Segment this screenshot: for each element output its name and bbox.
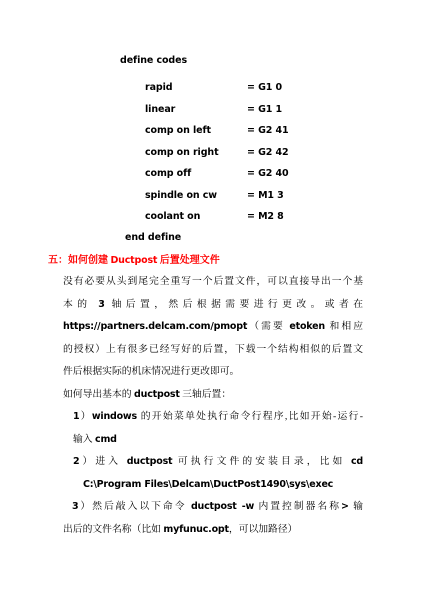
cjk-text: 本的 — [63, 299, 98, 310]
code-row: rapid= G1 0 — [145, 77, 289, 99]
code-row: comp on left= G2 41 — [145, 120, 289, 142]
code-value: = G1 0 — [247, 77, 282, 99]
cjk-text: （需要 — [247, 321, 289, 332]
cjk-text: ，可以加路径） — [229, 524, 298, 535]
bold-latin-text: etoken — [289, 321, 325, 332]
bold-latin-text: C:\Program Files\Delcam\DuctPost1490\sys… — [83, 479, 333, 490]
code-row: coolant on= M2 8 — [145, 206, 289, 228]
cjk-text: 件后根据实际的机床情况进行更改即可。 — [63, 366, 239, 377]
cjk-text: 如何导出基本的 — [63, 389, 134, 400]
list-item-2-line-2: C:\Program Files\Delcam\DuctPost1490\sys… — [63, 474, 363, 497]
list-item-3-line-2: 出后的文件名称（比如 myfunuc.opt，可以加路径） — [63, 519, 363, 542]
cjk-text: ） — [79, 411, 91, 422]
document-page: define codes rapid= G1 0linear= G1 1comp… — [0, 0, 424, 600]
code-label: coolant on — [145, 206, 247, 228]
cjk-text: 后置处理文件 — [157, 255, 220, 266]
paragraph-line-4: 的授权）上有很多已经写好的后置，下载一个结构相似的后置文 — [63, 339, 363, 362]
body-lines: 没有必要从头到尾完全重写一个后置文件，可以直接导出一个基本的 3 轴后置，然后根… — [63, 271, 363, 541]
export-intro-line: 如何导出基本的 ductpost 三轴后置： — [63, 384, 363, 407]
list-item-3-line-1: 3）然后敲入以下命令 ductpost -w 内置控制器名称> 输 — [63, 496, 363, 519]
code-value: = M2 8 — [247, 206, 284, 228]
code-row: spindle on cw= M1 3 — [145, 185, 289, 207]
cjk-text: ）进入 — [79, 456, 126, 467]
cjk-text: 五：如何创建 — [48, 255, 111, 266]
paragraph-line-2: 本的 3 轴后置，然后根据需要进行更改。或者在 — [63, 294, 363, 317]
bold-latin-text: ductpost — [127, 456, 173, 467]
bold-latin-text: cmd — [95, 434, 117, 445]
bold-latin-text: windows — [92, 411, 137, 422]
code-label: rapid — [145, 77, 247, 99]
bold-latin-text: ductpost -w — [191, 501, 254, 512]
paragraph-line-5: 件后根据实际的机床情况进行更改即可。 — [63, 361, 363, 384]
code-label: linear — [145, 99, 247, 121]
bold-latin-text: https://partners.delcam.com/pmopt — [63, 321, 247, 332]
bold-latin-text: ductpost — [134, 389, 180, 400]
cjk-text: 输 — [349, 501, 363, 512]
code-row: linear= G1 1 — [145, 99, 289, 121]
cjk-text: 三轴后置： — [180, 389, 231, 400]
code-value: = G2 40 — [247, 163, 289, 185]
cjk-text: 内置控制器名称 — [254, 501, 341, 512]
code-value: = G2 42 — [247, 142, 289, 164]
cjk-text: 和相应 — [325, 321, 363, 332]
bold-latin-text: myfunuc.opt — [163, 524, 228, 535]
list-item-2-line-1: 2）进入 ductpost 可执行文件的安装目录，比如 cd — [63, 451, 363, 474]
code-value: = G1 1 — [247, 99, 282, 121]
define-codes-footer: end define — [125, 232, 181, 243]
cjk-text: 轴后置，然后根据需要进行更改。或者在 — [105, 299, 363, 310]
cjk-text: ）然后敲入以下命令 — [78, 501, 191, 512]
cjk-text: 的授权）上有很多已经写好的后置，下载一个结构相似的后置文 — [63, 344, 363, 355]
code-value: = G2 41 — [247, 120, 289, 142]
cjk-text: 的开始菜单处执行命令行程序,比如开始-运行- — [137, 411, 363, 422]
list-item-1-line-1: 1）windows 的开始菜单处执行命令行程序,比如开始-运行- — [63, 406, 363, 429]
define-codes-header: define codes — [120, 55, 187, 66]
cjk-text: 输入 — [73, 434, 95, 445]
code-rows: rapid= G1 0linear= G1 1comp on left= G2 … — [145, 77, 289, 228]
code-label: comp on left — [145, 120, 247, 142]
code-value: = M1 3 — [247, 185, 284, 207]
cjk-text: 没有必要从头到尾完全重写一个后置文件，可以直接导出一个基 — [63, 276, 363, 287]
paragraph-line-1: 没有必要从头到尾完全重写一个后置文件，可以直接导出一个基 — [63, 271, 363, 294]
bold-latin-text: Ductpost — [111, 255, 158, 266]
code-label: comp on right — [145, 142, 247, 164]
section-heading: 五：如何创建 Ductpost 后置处理文件 — [48, 251, 220, 266]
bold-latin-text: > — [341, 501, 349, 512]
bold-latin-text: cd — [351, 456, 363, 467]
code-row: comp on right= G2 42 — [145, 142, 289, 164]
code-row: comp off= G2 40 — [145, 163, 289, 185]
list-item-1-line-2: 输入 cmd — [63, 429, 363, 452]
cjk-text: 可执行文件的安装目录，比如 — [172, 456, 351, 467]
paragraph-line-3: https://partners.delcam.com/pmopt（需要 eto… — [63, 316, 363, 339]
code-label: comp off — [145, 163, 247, 185]
code-label: spindle on cw — [145, 185, 247, 207]
cjk-text: 出后的文件名称（比如 — [63, 524, 163, 535]
